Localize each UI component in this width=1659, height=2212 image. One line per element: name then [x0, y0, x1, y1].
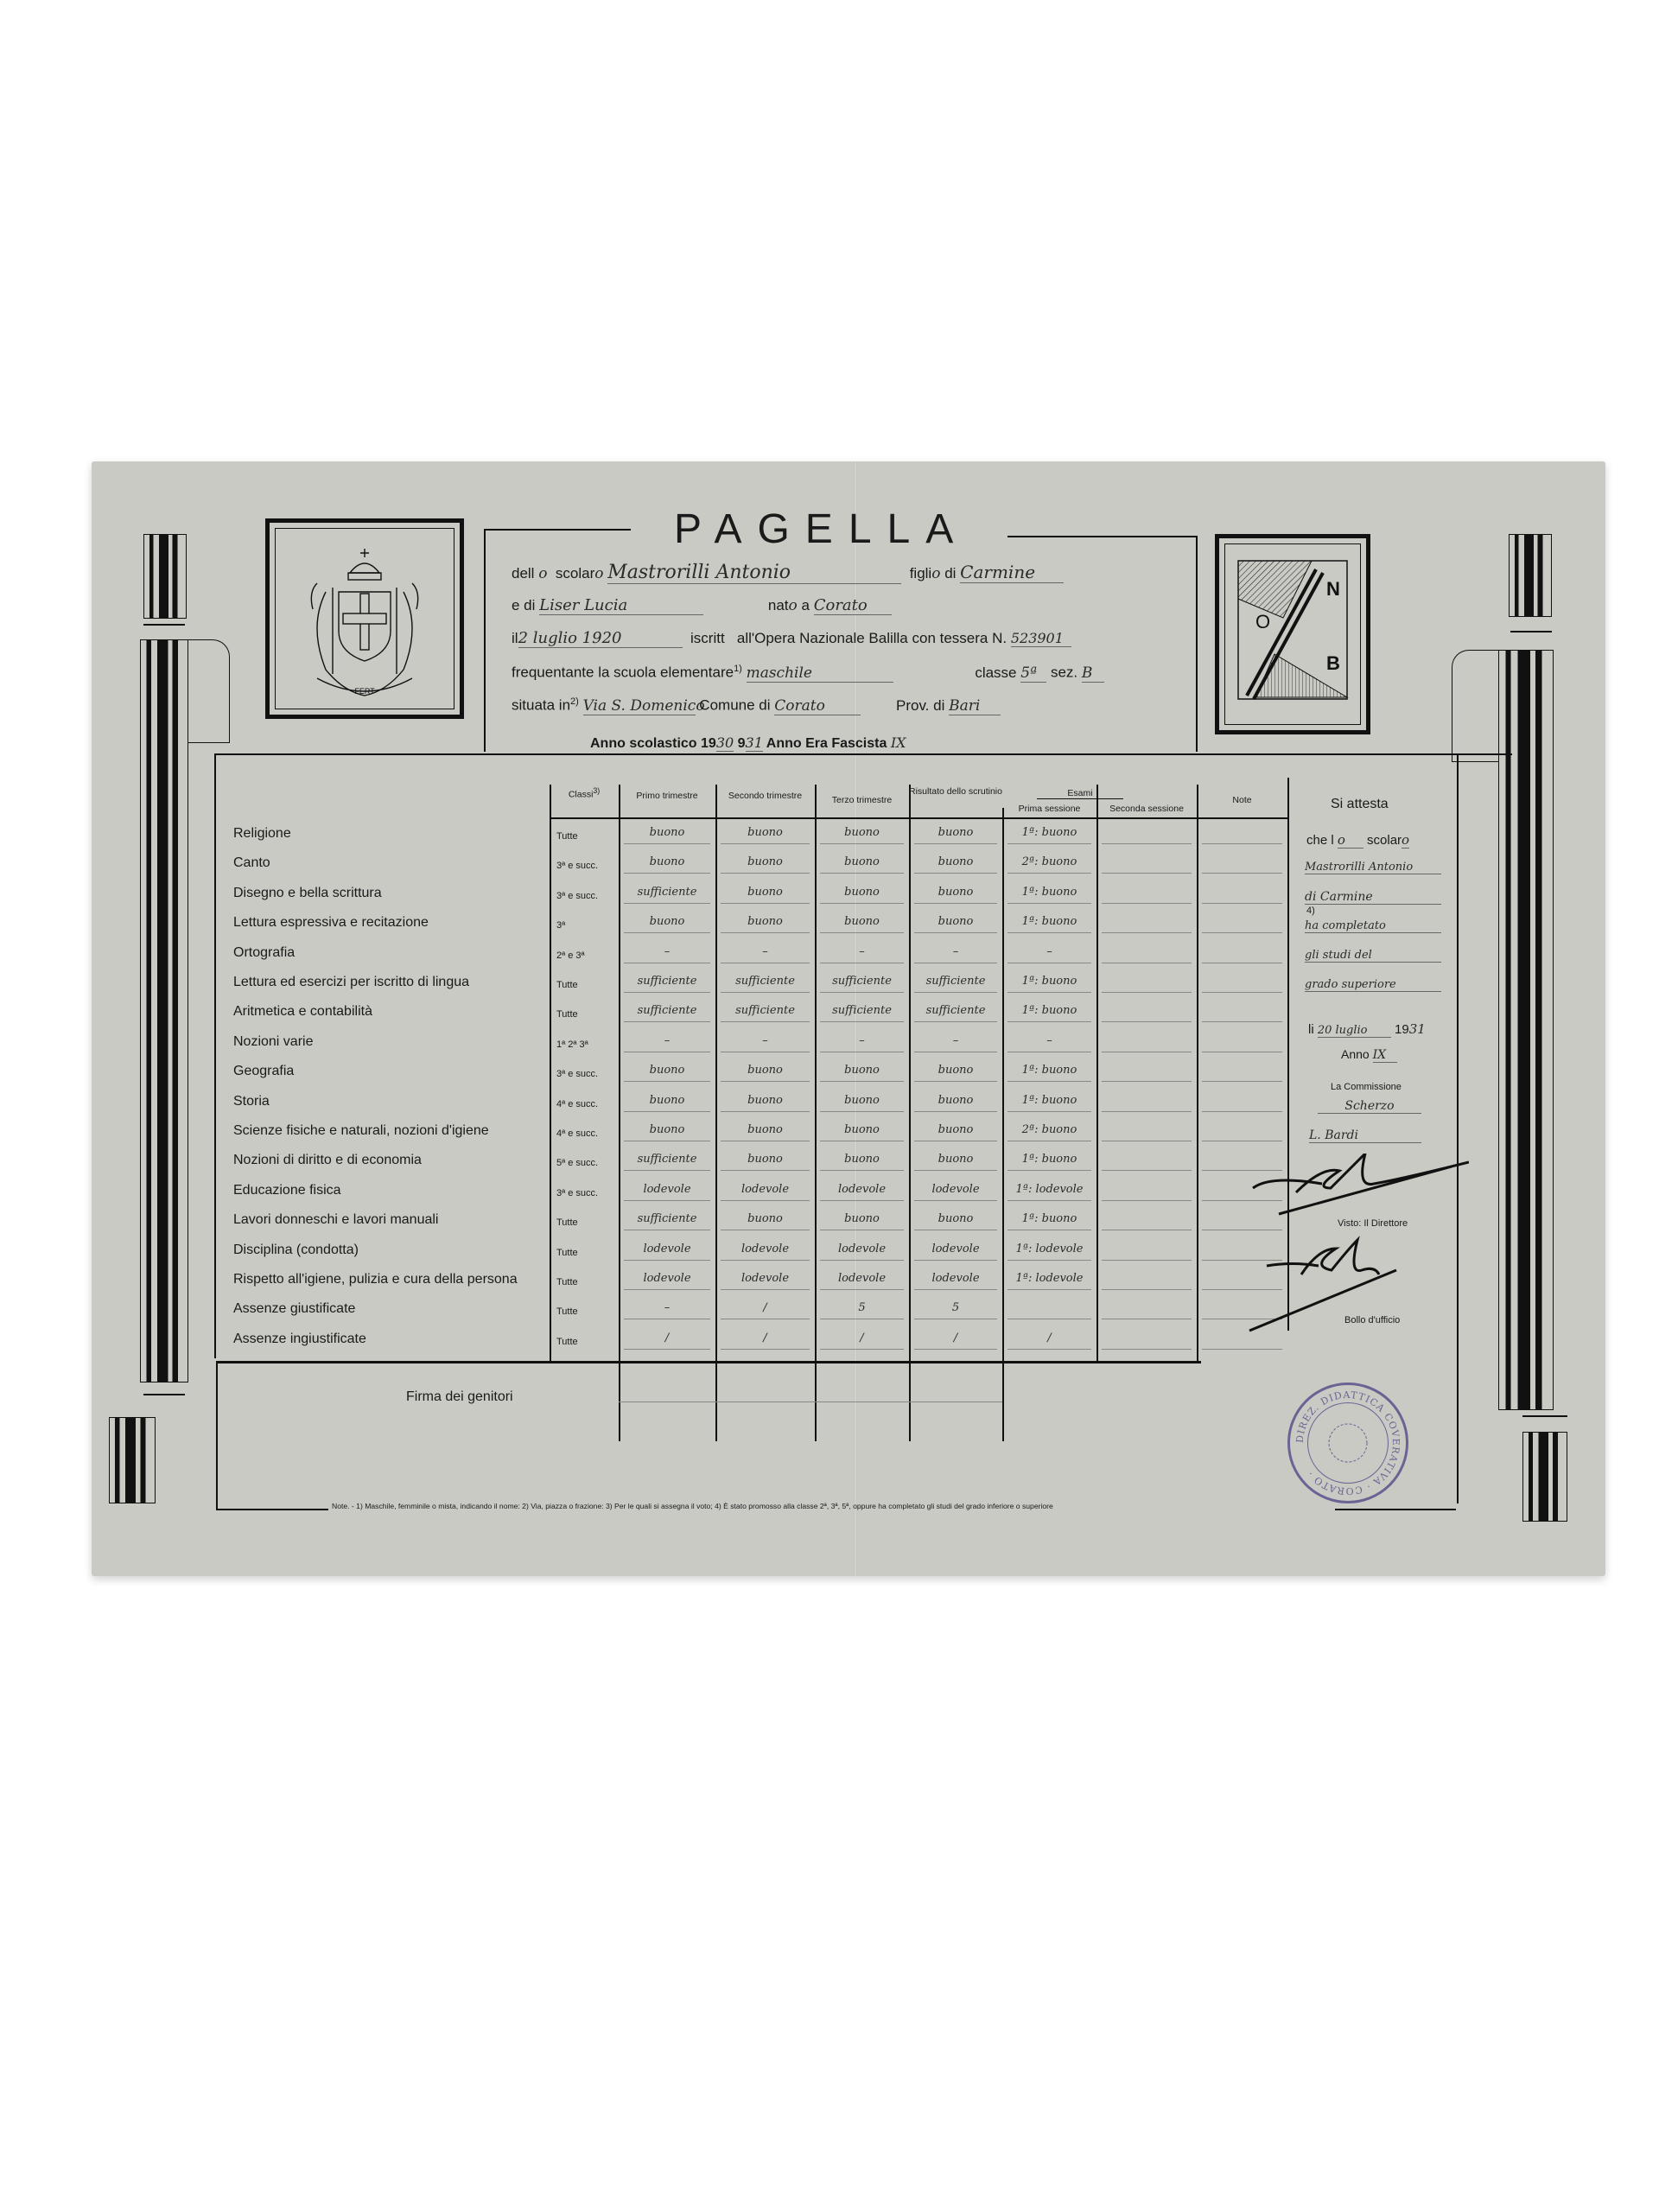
left-scroll-ornament [188, 639, 230, 743]
subject-label: Ortografia [233, 945, 295, 961]
table-bottom-double-line [216, 1361, 1201, 1363]
col-header-note: Note [1197, 795, 1287, 805]
classi-cell: Tutte [556, 831, 578, 842]
row-rule [1102, 1260, 1192, 1261]
grade-cell-prima: 1ª: buono [1006, 1153, 1093, 1166]
row-rule [721, 1111, 810, 1112]
row-rule [721, 1170, 810, 1171]
col-header-esami: Esami [1037, 788, 1123, 799]
row-rule [914, 1260, 997, 1261]
col-header-seconda-sessione: Seconda sessione [1096, 804, 1197, 814]
grade-cell-primo: lodevole [622, 1272, 712, 1285]
col-header-classi: Classi3) [550, 786, 619, 800]
attest-line-4: gli studi del [1305, 949, 1441, 963]
right-emblem-frame: O N B [1215, 534, 1370, 734]
row-rule [1007, 992, 1091, 993]
grade-cell-risultato: buono [912, 886, 999, 899]
row-rule [624, 1141, 710, 1141]
grade-cell-secondo: lodevole [719, 1183, 811, 1196]
row-rule [1007, 932, 1091, 933]
grade-cell-prima: – [1006, 1034, 1093, 1047]
mother-row: e di Liser Lucia nato a Corato [512, 596, 892, 615]
row-rule [1007, 963, 1091, 963]
sezione-field: B [1082, 664, 1104, 683]
grade-cell-risultato: buono [912, 1212, 999, 1225]
grade-cell-prima: 1ª: buono [1006, 1004, 1093, 1017]
row-rule [624, 1052, 710, 1052]
row-rule [1102, 873, 1192, 874]
grade-cell-terzo: buono [818, 1064, 906, 1077]
classi-cell: 3ª e succ. [556, 1069, 598, 1079]
onb-logo-icon: O N B [1230, 550, 1356, 715]
table-frame-top [216, 753, 1512, 755]
grade-cell-terzo: sufficiente [818, 975, 906, 988]
header-frame-right [1196, 536, 1198, 752]
subject-label: Educazione fisica [233, 1183, 341, 1198]
row-rule [624, 1230, 710, 1230]
header-frame-left [484, 529, 486, 752]
row-rule [721, 963, 810, 963]
row-rule [721, 1260, 810, 1261]
grade-cell-primo: – [622, 1034, 712, 1047]
mother-name-field: Liser Lucia [539, 596, 703, 615]
grade-cell-secondo: – [719, 945, 811, 958]
comune-field: Corato [774, 697, 861, 715]
commission-signature-1: Scherzo [1318, 1099, 1421, 1114]
row-rule [820, 932, 904, 933]
grade-cell-secondo: sufficiente [719, 1004, 811, 1017]
row-rule [624, 903, 710, 904]
row-rule [624, 1349, 710, 1350]
col-header-prima-sessione: Prima sessione [1002, 804, 1096, 814]
row-rule [1102, 963, 1192, 963]
grade-cell-prima: 1ª: lodevole [1006, 1243, 1093, 1255]
row-rule [1102, 1141, 1192, 1141]
row-rule [1007, 1111, 1091, 1112]
row-rule [721, 1289, 810, 1290]
grade-cell-terzo: / [818, 1332, 906, 1344]
row-rule [914, 963, 997, 963]
grade-cell-primo: buono [622, 1123, 712, 1136]
savoy-coat-of-arms-icon: FERT [291, 540, 438, 704]
row-rule [914, 1349, 997, 1350]
footer-note: Note. - 1) Maschile, femminile o mista, … [332, 1502, 1053, 1510]
svg-text:FERT: FERT [354, 687, 375, 696]
grade-cell-risultato: lodevole [912, 1183, 999, 1196]
grade-cell-risultato: buono [912, 915, 999, 928]
grade-cell-primo: sufficiente [622, 1153, 712, 1166]
row-rule [1102, 932, 1192, 933]
row-rule [624, 992, 710, 993]
row-rule [820, 1141, 904, 1141]
row-rule [1102, 1319, 1192, 1319]
row-rule [1102, 1200, 1192, 1201]
grade-cell-terzo: buono [818, 915, 906, 928]
col-header-primo: Primo trimestre [619, 791, 715, 801]
grade-cell-secondo: buono [719, 826, 811, 839]
row-rule [1007, 1349, 1091, 1350]
school-row: frequentante la scuola elementare1) masc… [512, 664, 1104, 683]
grade-cell-secondo: lodevole [719, 1243, 811, 1255]
row-rule [914, 1141, 997, 1141]
grade-cell-secondo: buono [719, 1064, 811, 1077]
subject-label: Canto [233, 855, 270, 871]
subject-label: Disciplina (condotta) [233, 1243, 359, 1258]
row-rule [914, 1230, 997, 1230]
row-rule [820, 1170, 904, 1171]
grade-cell-prima: 1ª: buono [1006, 975, 1093, 988]
grade-cell-primo: buono [622, 915, 712, 928]
grade-cell-primo: – [622, 945, 712, 958]
row-rule [1007, 1230, 1091, 1230]
row-rule [1102, 1052, 1192, 1052]
grade-cell-secondo: lodevole [719, 1272, 811, 1285]
row-rule [820, 1200, 904, 1201]
row-rule [914, 843, 997, 844]
row-rule [820, 1052, 904, 1052]
col-header-secondo: Secondo trimestre [715, 791, 815, 801]
grade-cell-secondo: buono [719, 886, 811, 899]
grade-cell-secondo: buono [719, 915, 811, 928]
subject-label: Geografia [233, 1064, 294, 1079]
row-rule [914, 1081, 997, 1082]
row-rule [820, 873, 904, 874]
grade-cell-prima: 1ª: buono [1006, 1094, 1093, 1107]
row-rule [914, 903, 997, 904]
grade-cell-primo: lodevole [622, 1243, 712, 1255]
svg-text:DIREZ. DIDATTICA COVERATIVA ·: DIREZ. DIDATTICA COVERATIVA · CORATO · [1294, 1389, 1402, 1497]
row-rule [624, 963, 710, 963]
row-rule [624, 1319, 710, 1319]
bollo-label: Bollo d'ufficio [1344, 1315, 1400, 1325]
row-rule [721, 843, 810, 844]
right-column-stripes [1498, 650, 1554, 1410]
row-rule [1102, 1021, 1192, 1022]
row-rule [820, 1081, 904, 1082]
row-rule [624, 873, 710, 874]
grade-cell-risultato: lodevole [912, 1243, 999, 1255]
table-frame-bottom-left [216, 1509, 328, 1510]
grade-cell-terzo: – [818, 945, 906, 958]
row-rule [1202, 1349, 1282, 1350]
classi-cell: 3ª e succ. [556, 861, 598, 871]
grade-cell-primo: – [622, 1301, 712, 1314]
subject-label: Lavori donneschi e lavori manuali [233, 1212, 438, 1228]
grade-cell-prima: – [1006, 945, 1093, 958]
row-rule [1102, 992, 1192, 993]
father-name-field: Carmine [960, 562, 1064, 583]
attest-anno-row: Anno IX [1341, 1047, 1397, 1063]
table-frame-right [1457, 753, 1459, 1503]
grade-cell-secondo: / [719, 1301, 811, 1314]
row-rule [624, 1081, 710, 1082]
grade-cell-secondo: buono [719, 1123, 811, 1136]
row-rule [1007, 843, 1091, 844]
commission-signature-3 [1244, 1154, 1469, 1223]
subject-label: Lettura ed esercizi per iscritto di ling… [233, 975, 469, 990]
signature-area-left [216, 1363, 218, 1509]
attest-che-row: che l o scolaro [1306, 832, 1409, 849]
row-rule [914, 1200, 997, 1201]
grade-cell-primo: sufficiente [622, 886, 712, 899]
grade-cell-risultato: buono [912, 1153, 999, 1166]
row-rule [1007, 1170, 1091, 1171]
subject-label: Disegno e bella scrittura [233, 886, 382, 901]
classi-cell: Tutte [556, 1306, 578, 1317]
row-rule [721, 1200, 810, 1201]
grade-cell-risultato: buono [912, 826, 999, 839]
classi-cell: 5ª e succ. [556, 1158, 598, 1168]
row-rule [1007, 1081, 1091, 1082]
left-emblem-frame: FERT [265, 518, 464, 719]
grade-cell-risultato: – [912, 1034, 999, 1047]
grade-cell-terzo: buono [818, 1153, 906, 1166]
row-rule [624, 1170, 710, 1171]
right-divider [1510, 631, 1552, 632]
grade-cell-terzo: – [818, 1034, 906, 1047]
grade-cell-primo: / [622, 1332, 712, 1344]
right-bottom-divider [1522, 1415, 1567, 1417]
row-rule [1007, 1141, 1091, 1141]
grade-cell-risultato: lodevole [912, 1272, 999, 1285]
subject-label: Assenze ingiustificate [233, 1332, 366, 1347]
classi-cell: 4ª e succ. [556, 1128, 598, 1139]
row-rule [1007, 1052, 1091, 1052]
grade-cell-risultato: buono [912, 1094, 999, 1107]
grade-cell-secondo: sufficiente [719, 975, 811, 988]
row-rule [721, 1349, 810, 1350]
row-rule [721, 1052, 810, 1052]
grade-cell-secondo: / [719, 1332, 811, 1344]
row-rule [1007, 1289, 1091, 1290]
row-rule [721, 1319, 810, 1319]
grade-cell-prima: 1ª: buono [1006, 826, 1093, 839]
row-rule [721, 992, 810, 993]
provincia-field: Bari [949, 697, 1001, 715]
grade-cell-risultato: / [912, 1332, 999, 1344]
grade-cell-prima: 1ª: buono [1006, 1212, 1093, 1225]
grade-cell-terzo: lodevole [818, 1272, 906, 1285]
row-rule [721, 1230, 810, 1230]
school-year-row: Anno scolastico 1930 931 Anno Era Fascis… [590, 734, 906, 752]
grade-cell-prima: 2ª: buono [1006, 855, 1093, 868]
grade-cell-terzo: buono [818, 826, 906, 839]
official-stamp: DIREZ. DIDATTICA COVERATIVA · CORATO · [1287, 1382, 1408, 1503]
row-rule [624, 1111, 710, 1112]
classi-cell: Tutte [556, 1217, 578, 1228]
row-rule [1202, 1111, 1282, 1112]
left-top-stripe-block [143, 534, 187, 619]
attest-footnote-4: 4) [1306, 906, 1315, 916]
grade-cell-secondo: buono [719, 1212, 811, 1225]
row-rule [1102, 1081, 1192, 1082]
right-bottom-stripe-block [1522, 1432, 1567, 1522]
grade-cell-secondo: – [719, 1034, 811, 1047]
address-row: situata in2) Via S. Domenico Comune di C… [512, 696, 1001, 715]
si-attesta-label: Si attesta [1331, 797, 1389, 812]
row-rule [1102, 1349, 1192, 1350]
student-name-row: dell o scolaro Mastrorilli Antonio figli… [512, 562, 1064, 584]
svg-text:O: O [1255, 611, 1270, 632]
row-rule [914, 1052, 997, 1052]
grade-cell-secondo: buono [719, 855, 811, 868]
classi-cell: Tutte [556, 1337, 578, 1347]
header-frame-top-left [484, 529, 631, 531]
attest-line-2: di Carmine [1305, 890, 1441, 905]
classi-cell: Tutte [556, 1009, 578, 1020]
classi-cell: 3ª e succ. [556, 1188, 598, 1198]
grade-cell-terzo: buono [818, 886, 906, 899]
row-rule [1007, 1260, 1091, 1261]
table-frame-bottom-right [1335, 1509, 1456, 1510]
row-rule [721, 1141, 810, 1141]
row-rule [624, 932, 710, 933]
col-sep-prima [1002, 808, 1004, 1441]
grade-cell-terzo: lodevole [818, 1183, 906, 1196]
grade-cell-terzo: 5 [818, 1301, 906, 1314]
row-rule [914, 932, 997, 933]
col-header-risultato: Risultato dello scrutinio [909, 786, 1002, 797]
subject-label: Scienze fisiche e naturali, nozioni d'ig… [233, 1123, 489, 1139]
row-rule [820, 1319, 904, 1319]
row-rule [721, 932, 810, 933]
row-rule [1202, 1081, 1282, 1082]
tessera-number-field: 523901 [1011, 630, 1071, 647]
row-rule [1202, 843, 1282, 844]
row-rule [721, 1081, 810, 1082]
row-rule [914, 1170, 997, 1171]
col-sep-secondo [715, 785, 717, 1441]
document-title: PAGELLA [674, 505, 969, 553]
commissione-label: La Commissione [1331, 1082, 1402, 1092]
classi-cell: 3ª [556, 920, 565, 931]
grade-cell-primo: sufficiente [622, 975, 712, 988]
direttore-label: Visto: Il Direttore [1338, 1218, 1408, 1229]
grade-cell-terzo: sufficiente [818, 1004, 906, 1017]
grade-cell-prima: 1ª: lodevole [1006, 1183, 1093, 1196]
birth-date-field: 2 luglio 1920 [518, 629, 683, 648]
left-bottom-stripe-block [109, 1417, 156, 1503]
row-rule [1102, 1289, 1192, 1290]
row-rule [914, 1319, 997, 1319]
row-rule [914, 1021, 997, 1022]
row-rule [914, 873, 997, 874]
grade-cell-prima: / [1006, 1332, 1093, 1344]
row-rule [820, 903, 904, 904]
grade-cell-risultato: 5 [912, 1301, 999, 1314]
header-frame-top-right [1007, 536, 1198, 537]
right-scroll-ornament [1452, 650, 1498, 762]
attest-line-3: ha completato [1305, 919, 1441, 933]
classi-cell: Tutte [556, 1248, 578, 1258]
grade-cell-secondo: buono [719, 1094, 811, 1107]
stamp-seal-icon: DIREZ. DIDATTICA COVERATIVA · CORATO · [1290, 1385, 1406, 1501]
col-sep-classi [550, 785, 551, 1362]
school-type-field: maschile [747, 664, 893, 683]
row-rule [1007, 1319, 1091, 1319]
grade-cell-primo: buono [622, 1094, 712, 1107]
grade-cell-risultato: buono [912, 1123, 999, 1136]
row-rule [721, 873, 810, 874]
svg-text:N: N [1326, 578, 1340, 600]
grade-cell-primo: sufficiente [622, 1212, 712, 1225]
col-sep-note [1197, 785, 1198, 1362]
row-rule [1202, 873, 1282, 874]
left-bottom-divider [143, 1394, 185, 1395]
classi-cell: 4ª e succ. [556, 1099, 598, 1109]
grade-cell-terzo: buono [818, 1212, 906, 1225]
classi-cell: Tutte [556, 1277, 578, 1287]
row-rule [624, 1200, 710, 1201]
row-rule [1202, 963, 1282, 963]
col-sep-primo [619, 785, 620, 1441]
subject-label: Nozioni varie [233, 1034, 313, 1050]
grade-cell-risultato: buono [912, 855, 999, 868]
row-rule [1202, 932, 1282, 933]
row-rule [820, 963, 904, 963]
row-rule [820, 1349, 904, 1350]
birthplace-field: Corato [814, 596, 892, 615]
row-rule [1007, 1021, 1091, 1022]
col-sep-seconda [1096, 785, 1098, 1362]
grade-cell-prima: 1ª: lodevole [1006, 1272, 1093, 1285]
row-rule [1007, 1200, 1091, 1201]
grade-cell-primo: buono [622, 826, 712, 839]
row-rule [820, 992, 904, 993]
grade-cell-risultato: buono [912, 1064, 999, 1077]
row-rule [624, 843, 710, 844]
row-rule [820, 1289, 904, 1290]
col-header-terzo: Terzo trimestre [815, 795, 909, 805]
row-rule [1202, 1052, 1282, 1052]
subject-label: Rispetto all'igiene, pulizia e cura dell… [233, 1272, 518, 1287]
table-frame-left [214, 753, 216, 1358]
row-rule [914, 1111, 997, 1112]
row-rule [1007, 873, 1091, 874]
row-rule [1202, 1021, 1282, 1022]
subject-label: Assenze giustificate [233, 1301, 355, 1317]
svg-text:B: B [1326, 652, 1340, 674]
classi-cell: 2ª e 3ª [556, 950, 585, 961]
classi-cell: Tutte [556, 980, 578, 990]
firma-label: Firma dei genitori [406, 1389, 513, 1405]
row-rule [1102, 1170, 1192, 1171]
grade-cell-prima: 2ª: buono [1006, 1123, 1093, 1136]
row-rule [914, 1289, 997, 1290]
grade-cell-terzo: buono [818, 1123, 906, 1136]
row-rule [624, 1260, 710, 1261]
row-rule [624, 1021, 710, 1022]
row-rule [820, 1021, 904, 1022]
grade-cell-primo: buono [622, 1064, 712, 1077]
grade-cell-risultato: sufficiente [912, 1004, 999, 1017]
subject-label: Nozioni di diritto e di economia [233, 1153, 422, 1168]
right-top-stripe-block [1509, 534, 1552, 617]
left-column-stripes [140, 639, 188, 1382]
grade-cell-prima: 1ª: buono [1006, 1064, 1093, 1077]
grade-cell-prima: 1ª: buono [1006, 915, 1093, 928]
row-rule [721, 903, 810, 904]
grade-cell-primo: lodevole [622, 1183, 712, 1196]
row-rule [1202, 903, 1282, 904]
row-rule [1102, 1111, 1192, 1112]
subject-label: Storia [233, 1094, 270, 1109]
street-field: Via S. Domenico [583, 697, 696, 715]
grade-cell-prima: 1ª: buono [1006, 886, 1093, 899]
grade-cell-primo: buono [622, 855, 712, 868]
grade-cell-terzo: buono [818, 1094, 906, 1107]
row-rule [1102, 903, 1192, 904]
